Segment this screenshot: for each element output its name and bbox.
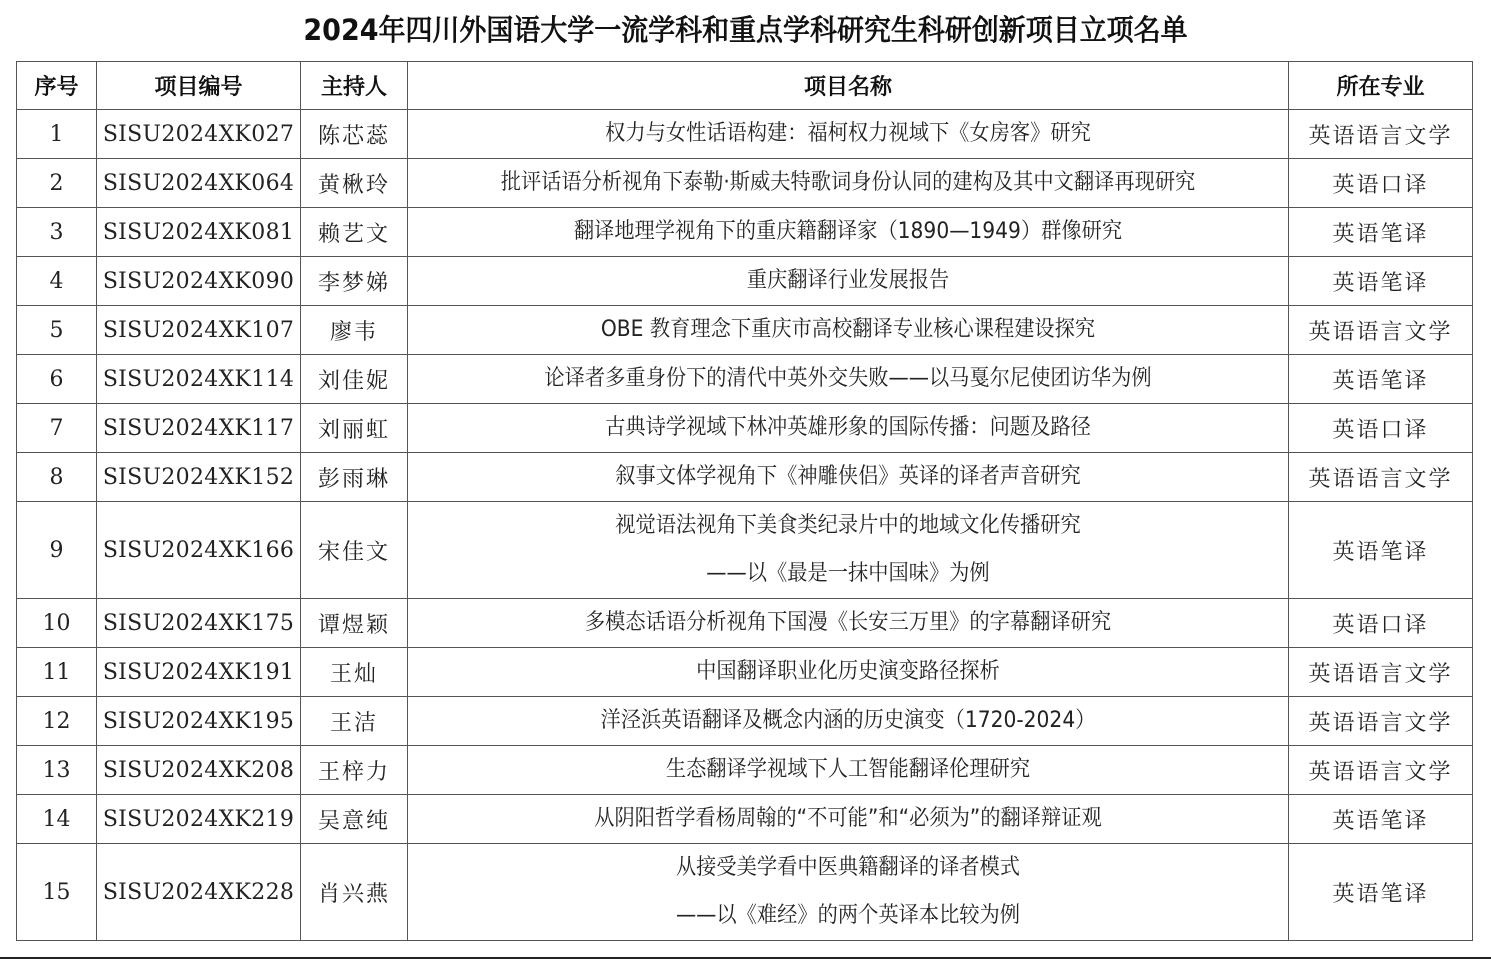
project-name-line-1: 多模态话语分析视角下国漫《长安三万里》的字幕翻译研究 [443,599,1253,647]
cell-index: 2 [17,159,97,208]
cell-project-name: 批评话语分析视角下泰勒·斯威夫特歌词身份认同的建构及其中文翻译再现研究 [408,159,1289,208]
cell-index: 14 [17,795,97,844]
cell-major: 英语口译 [1289,599,1473,648]
cell-index: 1 [17,110,97,159]
table-row: 2SISU2024XK064黄楸玲批评话语分析视角下泰勒·斯威夫特歌词身份认同的… [17,159,1473,208]
cell-major: 英语笔译 [1289,502,1473,599]
cell-project-name: 视觉语法视角下美食类纪录片中的地域文化传播研究——以《最是一抹中国味》为例 [408,502,1289,599]
document-title: 2024年四川外国语大学一流学科和重点学科研究生科研创新项目立项名单 [52,8,1439,52]
table-row: 5SISU2024XK107廖韦OBE 教育理念下重庆市高校翻译专业核心课程建设… [17,306,1473,355]
cell-host: 黄楸玲 [301,159,408,208]
cell-major: 英语语言文学 [1289,453,1473,502]
cell-project-code: SISU2024XK081 [97,208,301,257]
project-name-line-1: 生态翻译学视域下人工智能翻译伦理研究 [443,746,1253,794]
project-name-line-2: ——以《难经》的两个英译本比较为例 [443,892,1253,940]
cell-major: 英语语言文学 [1289,648,1473,697]
cell-project-code: SISU2024XK152 [97,453,301,502]
cell-project-name: 古典诗学视域下林冲英雄形象的国际传播：问题及路径 [408,404,1289,453]
cell-host: 廖韦 [301,306,408,355]
cell-host: 陈芯蕊 [301,110,408,159]
cell-index: 8 [17,453,97,502]
cell-project-name: 翻译地理学视角下的重庆籍翻译家（1890—1949）群像研究 [408,208,1289,257]
table-row: 15SISU2024XK228肖兴燕从接受美学看中医典籍翻译的译者模式——以《难… [17,844,1473,941]
table-row: 14SISU2024XK219吴意纯从阴阳哲学看杨周翰的“不可能”和“必须为”的… [17,795,1473,844]
cell-project-name: 论译者多重身份下的清代中英外交失败——以马戛尔尼使团访华为例 [408,355,1289,404]
project-name-line-1: 古典诗学视域下林冲英雄形象的国际传播：问题及路径 [443,404,1253,452]
cell-index: 4 [17,257,97,306]
table-row: 8SISU2024XK152彭雨琳叙事文体学视角下《神雕侠侣》英译的译者声音研究… [17,453,1473,502]
table-row: 7SISU2024XK117刘丽虹古典诗学视域下林冲英雄形象的国际传播：问题及路… [17,404,1473,453]
cell-index: 6 [17,355,97,404]
cell-host: 宋佳文 [301,502,408,599]
table-row: 4SISU2024XK090李梦娣重庆翻译行业发展报告英语笔译 [17,257,1473,306]
cell-index: 3 [17,208,97,257]
cell-project-code: SISU2024XK107 [97,306,301,355]
cell-index: 15 [17,844,97,941]
table-row: 1SISU2024XK027陈芯蕊权力与女性话语构建：福柯权力视域下《女房客》研… [17,110,1473,159]
cell-index: 5 [17,306,97,355]
header-project: 项目名称 [408,62,1289,110]
cell-index: 11 [17,648,97,697]
cell-project-name: 多模态话语分析视角下国漫《长安三万里》的字幕翻译研究 [408,599,1289,648]
cell-host: 李梦娣 [301,257,408,306]
cell-project-code: SISU2024XK191 [97,648,301,697]
cell-host: 刘丽虹 [301,404,408,453]
cell-host: 吴意纯 [301,795,408,844]
cell-project-code: SISU2024XK219 [97,795,301,844]
cell-project-code: SISU2024XK090 [97,257,301,306]
header-major: 所在专业 [1289,62,1473,110]
cell-major: 英语语言文学 [1289,306,1473,355]
cell-index: 7 [17,404,97,453]
cell-host: 王梓力 [301,746,408,795]
cell-index: 10 [17,599,97,648]
cell-major: 英语笔译 [1289,844,1473,941]
project-list-table: 序号 项目编号 主持人 项目名称 所在专业 1SISU2024XK027陈芯蕊权… [16,61,1473,941]
header-index: 序号 [17,62,97,110]
cell-major: 英语语言文学 [1289,746,1473,795]
project-name-line-1: 翻译地理学视角下的重庆籍翻译家（1890—1949）群像研究 [443,208,1253,256]
project-name-line-1: 叙事文体学视角下《神雕侠侣》英译的译者声音研究 [443,453,1253,501]
table-row: 13SISU2024XK208王梓力生态翻译学视域下人工智能翻译伦理研究英语语言… [17,746,1473,795]
cell-project-code: SISU2024XK027 [97,110,301,159]
cell-major: 英语笔译 [1289,257,1473,306]
header-host: 主持人 [301,62,408,110]
cell-index: 9 [17,502,97,599]
table-row: 11SISU2024XK191王灿中国翻译职业化历史演变路径探析英语语言文学 [17,648,1473,697]
cell-index: 13 [17,746,97,795]
table-header-row: 序号 项目编号 主持人 项目名称 所在专业 [17,62,1473,110]
cell-host: 彭雨琳 [301,453,408,502]
project-name-line-1: 批评话语分析视角下泰勒·斯威夫特歌词身份认同的建构及其中文翻译再现研究 [443,159,1253,207]
project-name-line-1: 从阴阳哲学看杨周翰的“不可能”和“必须为”的翻译辩证观 [443,795,1253,843]
cell-project-code: SISU2024XK208 [97,746,301,795]
project-name-line-1: 从接受美学看中医典籍翻译的译者模式 [443,844,1253,892]
cell-host: 肖兴燕 [301,844,408,941]
cell-index: 12 [17,697,97,746]
cell-project-code: SISU2024XK117 [97,404,301,453]
table-row: 6SISU2024XK114刘佳妮论译者多重身份下的清代中英外交失败——以马戛尔… [17,355,1473,404]
cell-project-name: 洋泾浜英语翻译及概念内涵的历史演变（1720-2024） [408,697,1289,746]
cell-major: 英语语言文学 [1289,110,1473,159]
table-row: 9SISU2024XK166宋佳文视觉语法视角下美食类纪录片中的地域文化传播研究… [17,502,1473,599]
cell-project-name: 权力与女性话语构建：福柯权力视域下《女房客》研究 [408,110,1289,159]
project-name-line-2: ——以《最是一抹中国味》为例 [443,550,1253,598]
table-row: 10SISU2024XK175谭煜颖多模态话语分析视角下国漫《长安三万里》的字幕… [17,599,1473,648]
project-name-line-1: OBE 教育理念下重庆市高校翻译专业核心课程建设探究 [443,306,1253,354]
cell-project-code: SISU2024XK228 [97,844,301,941]
cell-host: 刘佳妮 [301,355,408,404]
cell-project-name: 从阴阳哲学看杨周翰的“不可能”和“必须为”的翻译辩证观 [408,795,1289,844]
cell-project-name: 生态翻译学视域下人工智能翻译伦理研究 [408,746,1289,795]
cell-host: 谭煜颖 [301,599,408,648]
project-name-line-1: 中国翻译职业化历史演变路径探析 [443,648,1253,696]
table-row: 12SISU2024XK195王洁洋泾浜英语翻译及概念内涵的历史演变（1720-… [17,697,1473,746]
project-name-line-1: 视觉语法视角下美食类纪录片中的地域文化传播研究 [443,502,1253,550]
project-name-line-1: 权力与女性话语构建：福柯权力视域下《女房客》研究 [443,110,1253,158]
cell-project-code: SISU2024XK175 [97,599,301,648]
cell-project-code: SISU2024XK064 [97,159,301,208]
cell-project-code: SISU2024XK114 [97,355,301,404]
project-name-line-1: 论译者多重身份下的清代中英外交失败——以马戛尔尼使团访华为例 [443,355,1253,403]
cell-project-name: 重庆翻译行业发展报告 [408,257,1289,306]
cell-major: 英语语言文学 [1289,697,1473,746]
cell-major: 英语笔译 [1289,795,1473,844]
cell-major: 英语笔译 [1289,208,1473,257]
cell-project-code: SISU2024XK195 [97,697,301,746]
cell-project-name: OBE 教育理念下重庆市高校翻译专业核心课程建设探究 [408,306,1289,355]
cell-project-code: SISU2024XK166 [97,502,301,599]
cell-project-name: 叙事文体学视角下《神雕侠侣》英译的译者声音研究 [408,453,1289,502]
cell-host: 赖艺文 [301,208,408,257]
cell-major: 英语口译 [1289,159,1473,208]
cell-project-name: 中国翻译职业化历史演变路径探析 [408,648,1289,697]
project-name-line-1: 重庆翻译行业发展报告 [443,257,1253,305]
page-bottom-rule [0,957,1491,959]
cell-host: 王洁 [301,697,408,746]
cell-major: 英语笔译 [1289,355,1473,404]
header-code: 项目编号 [97,62,301,110]
cell-major: 英语口译 [1289,404,1473,453]
project-name-line-1: 洋泾浜英语翻译及概念内涵的历史演变（1720-2024） [443,697,1253,745]
table-row: 3SISU2024XK081赖艺文翻译地理学视角下的重庆籍翻译家（1890—19… [17,208,1473,257]
cell-project-name: 从接受美学看中医典籍翻译的译者模式——以《难经》的两个英译本比较为例 [408,844,1289,941]
cell-host: 王灿 [301,648,408,697]
